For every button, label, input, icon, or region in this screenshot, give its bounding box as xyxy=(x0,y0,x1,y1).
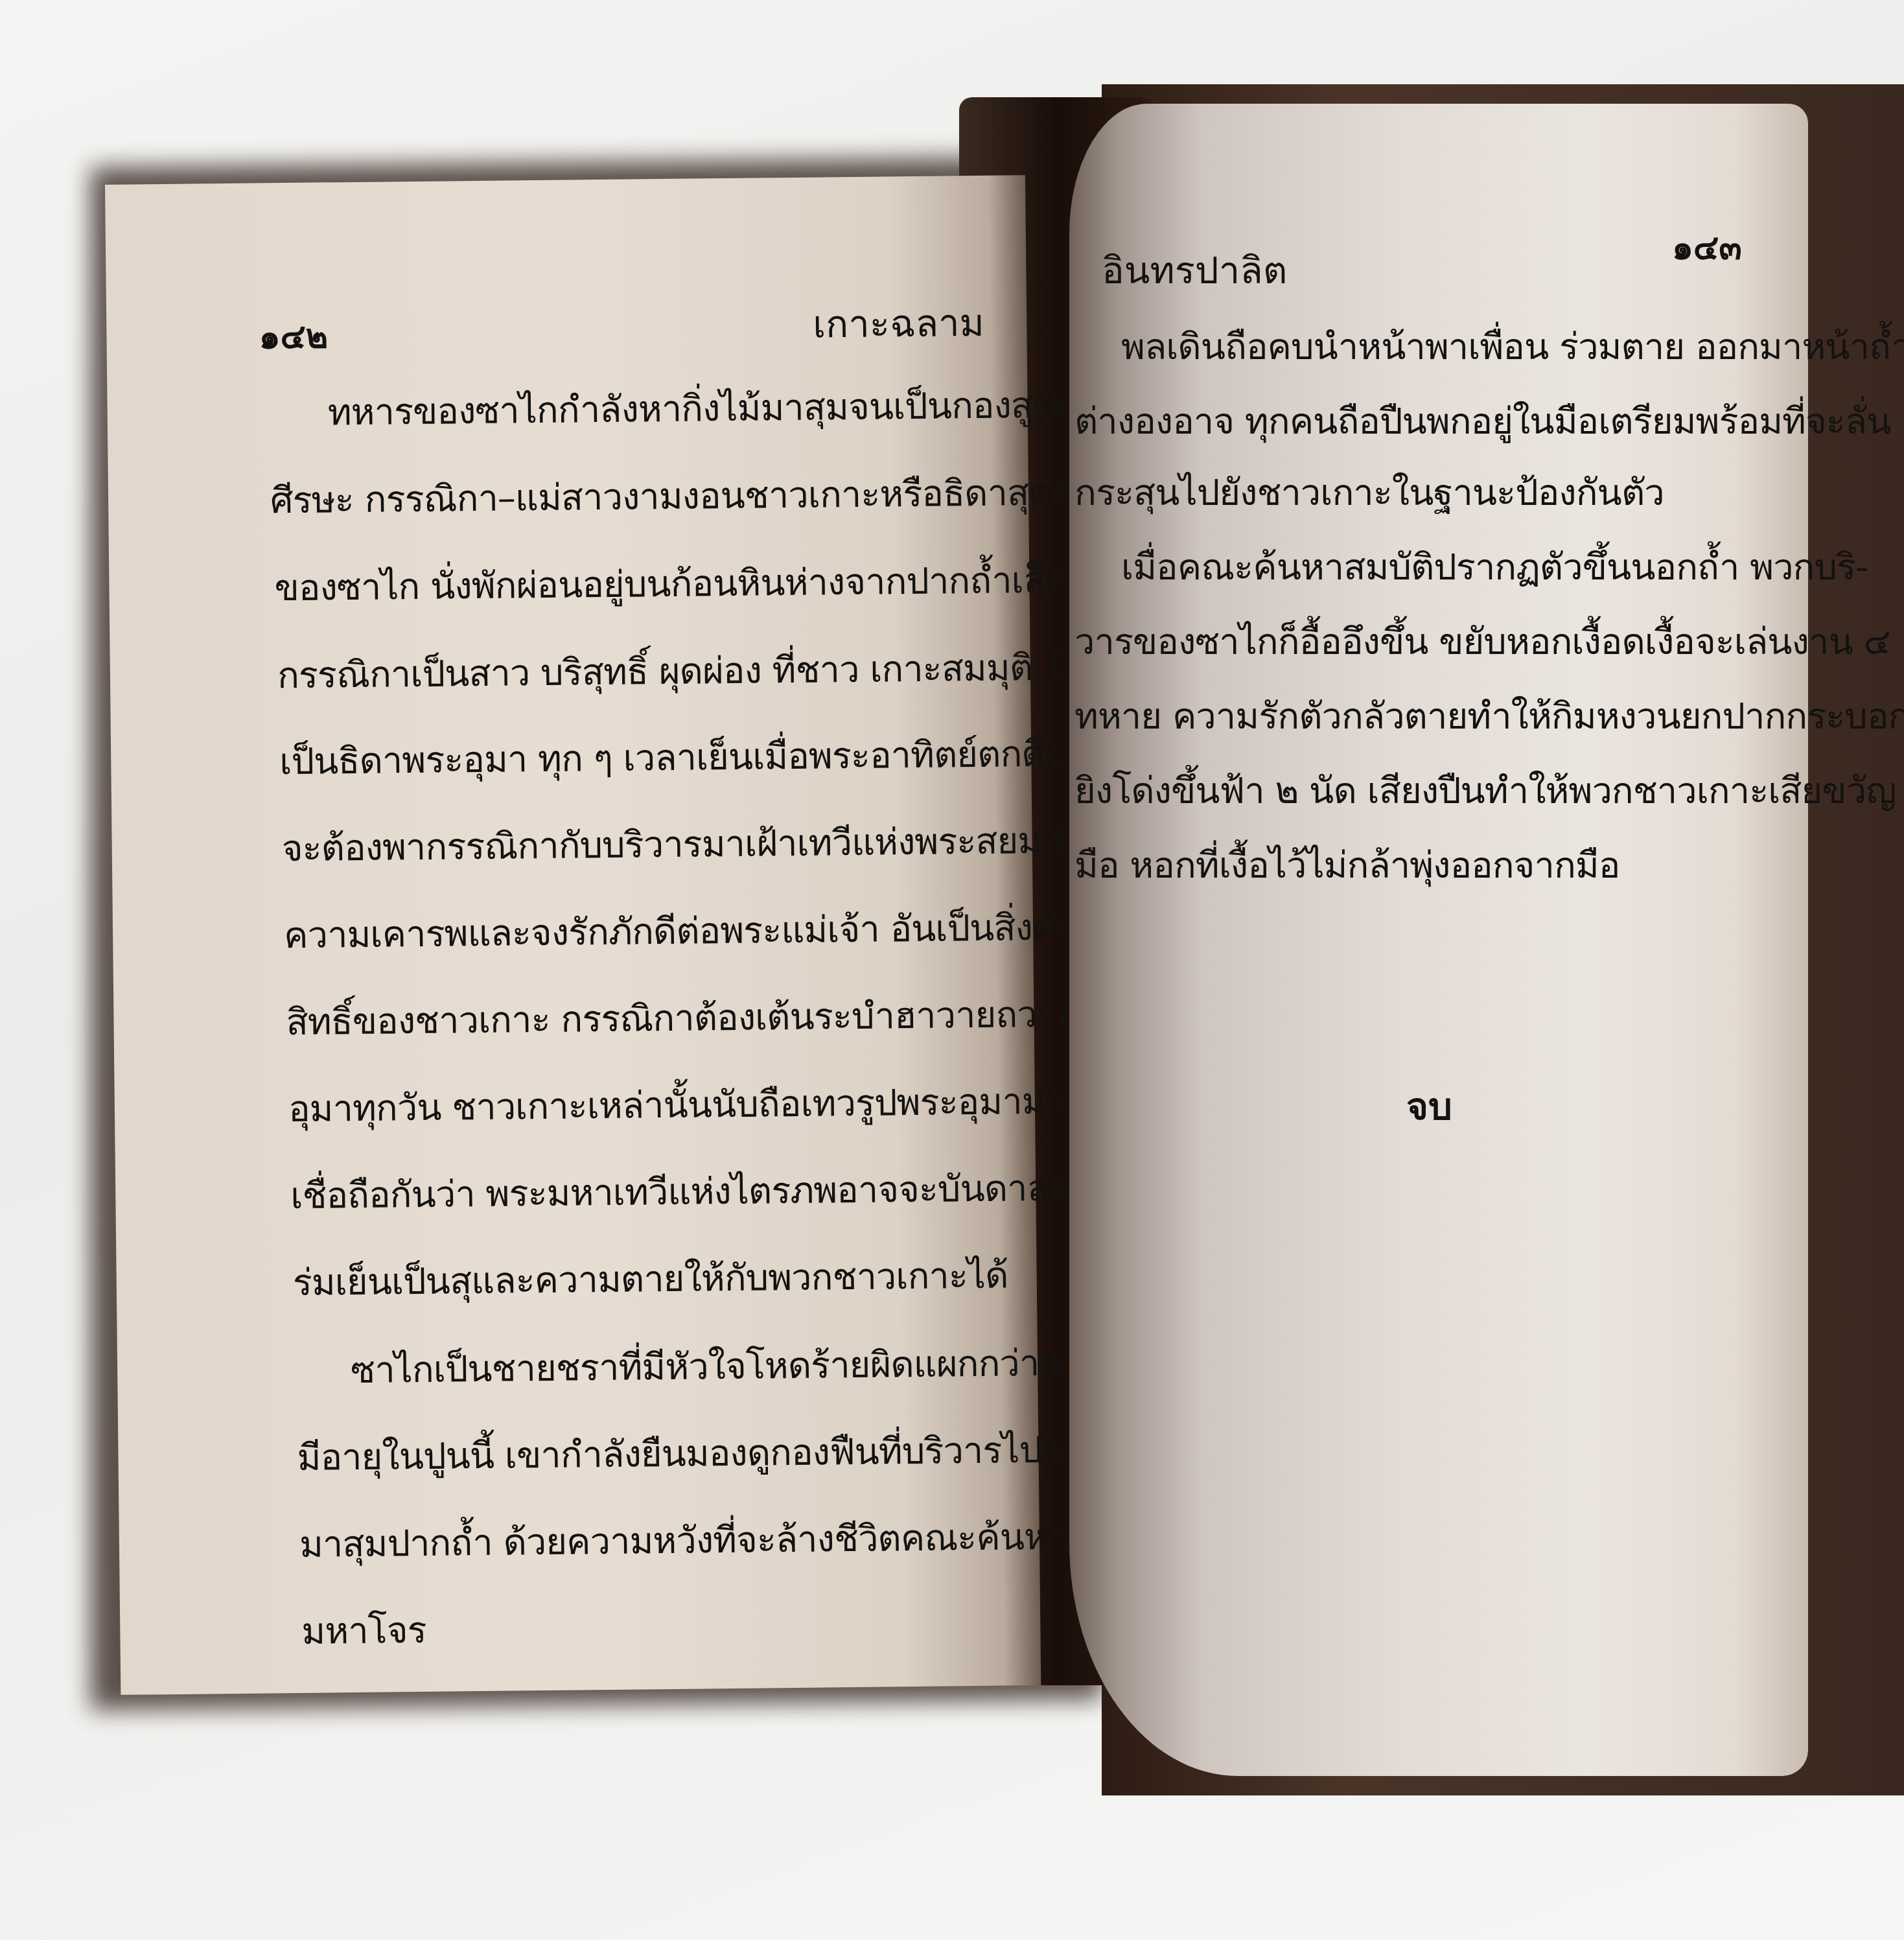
text-line: มีอายุในปูนนี้ เขากำลังยืนมองดูกองฟืนที่… xyxy=(297,1420,1143,1486)
running-head: อินทรปาลิต xyxy=(1102,240,1287,300)
text-line: ต่างองอาจ ทุกคนถือปืนพกอยู่ในมือเตรียมพร… xyxy=(1074,392,1890,450)
text-line: มหาโจร xyxy=(301,1601,426,1660)
text-line: ศีรษะ กรรณิกา–แม่สาวงามงอนชาวเกาะหรือธิด… xyxy=(270,462,1136,529)
page-number: ๑๔๒ xyxy=(259,309,329,363)
text-line: กรรณิกาเป็นสาว บริสุทธิ์ ผุดผ่อง ที่ชาว … xyxy=(277,637,1174,704)
text-line: ทหาย ความรักตัวกลัวตายทำให้กิมหงวนยกปากก… xyxy=(1074,687,1904,745)
page-number: ๑๔๓ xyxy=(1672,220,1742,274)
text-line: มาสุมปากถ้ำ ด้วยความหวังที่จะล้างชีวิตคณ… xyxy=(299,1506,1157,1573)
text-line: พลเดินถือคบนำหน้าพาเพื่อน ร่วมตาย ออกมาห… xyxy=(1121,318,1904,375)
text-line: จะต้องพากรรณิกากับบริวารมาเฝ้าเทวีแห่งพร… xyxy=(281,810,1179,877)
end-mark: จบ xyxy=(1406,1076,1452,1136)
text-line: เป็นธิดาพระอุมา ทุก ๆ เวลาเย็นเมื่อพระอา… xyxy=(279,723,1163,790)
text-line: เชื่อถือกันว่า พระมหาเทวีแห่งไตรภพอาจจะบ… xyxy=(290,1158,1135,1224)
text-line: อุมาทุกวัน ชาวเกาะเหล่านั้นนับถือเทวรูปพ… xyxy=(288,1071,1168,1138)
text-line: สิทธิ์ของชาวเกาะ กรรณิกาต้องเต้นระบำฮาวา… xyxy=(286,984,1138,1051)
text-line: มือ หอกที่เงื้อไว้ไม่กล้าพุ่งออกจากมือ xyxy=(1074,836,1620,894)
text-line: เมื่อคณะค้นหาสมบัติปรากฏตัวขึ้นนอกถ้ำ พว… xyxy=(1121,538,1868,596)
text-line: กระสุนไปยังชาวเกาะในฐานะป้องกันตัว xyxy=(1074,463,1664,521)
right-page: อินทรปาลิต ๑๔๓ พลเดินถือคบนำหน้าพาเพื่อน… xyxy=(1069,104,1808,1776)
text-line: ยิงโด่งขึ้นฟ้า ๒ นัด เสียงปืนทำให้พวกชาว… xyxy=(1074,762,1896,819)
text-line: ทหารของซาไกกำลังหากิ่งไม้มาสุมจนเป็นกองส… xyxy=(327,375,1116,441)
text-line: ร่มเย็นเป็นสุและความตายให้กับพวกชาวเกาะไ… xyxy=(292,1246,1008,1312)
text-line: วารของซาไกก็อื้ออึงขึ้น ขยับหอกเงื้อดเงื… xyxy=(1074,613,1890,670)
text-line: ความเคารพและจงรักภักดีต่อพระแม่เจ้า อันเ… xyxy=(284,898,1099,964)
left-page: ๑๔๒ เกาะฉลาม ทหารของซาไกกำลังหากิ่งไม้มา… xyxy=(105,175,1041,1695)
text-line: ซาไกเป็นชายชราที่มีหัวใจโหดร้ายผิดแผกกว่… xyxy=(351,1333,1145,1399)
running-head: เกาะฉลาม xyxy=(813,292,984,355)
text-line: ของซาไก นั่งพักผ่อนอยู่บนก้อนหินห่างจากป… xyxy=(274,550,1132,616)
